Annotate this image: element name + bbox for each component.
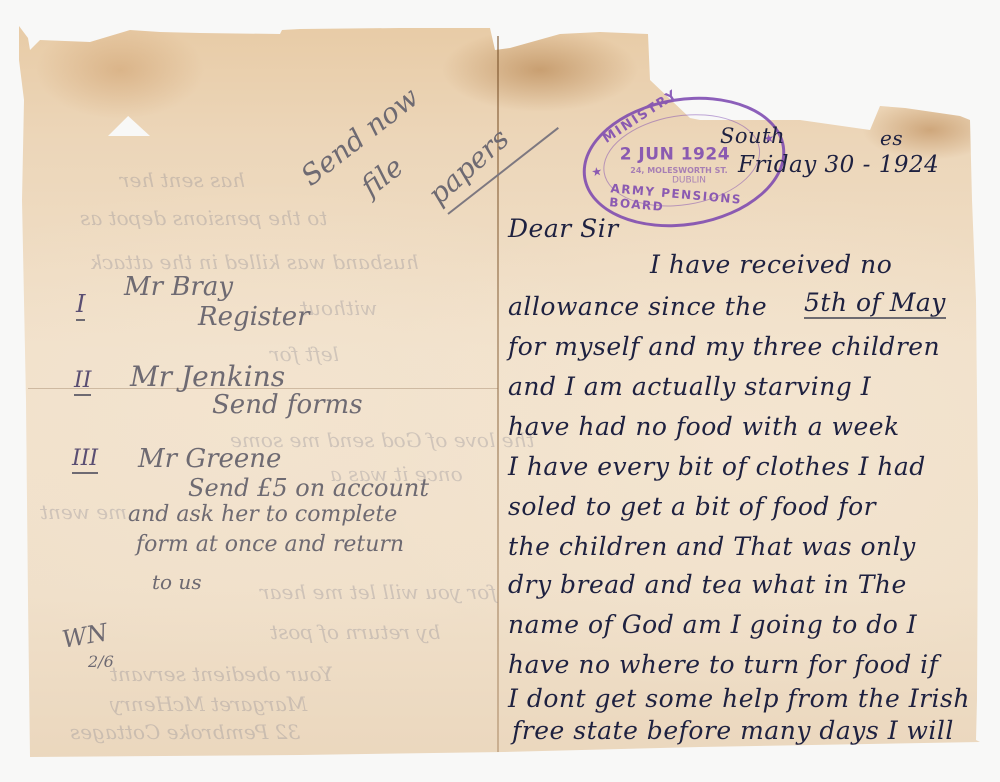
numeral-one: I <box>76 290 85 321</box>
bleed-line: without <box>300 296 377 320</box>
letter-line: dry bread and tea what in The <box>508 570 907 599</box>
bleed-line: me went <box>40 500 127 524</box>
annotation-name-jenkins: Mr Jenkins <box>130 360 285 393</box>
letter-line: soled to get a bit of food for <box>508 492 876 521</box>
bleed-line: has sent her <box>120 168 245 192</box>
bleed-line: husband was killed in the attack <box>90 250 419 274</box>
letter-line: free state before many days I will <box>512 716 954 745</box>
letter-date: Friday 30 - 1924 <box>738 152 939 178</box>
bleed-line: Margaret McHenry <box>110 692 307 716</box>
letter-line: and I am actually starving I <box>508 372 871 401</box>
bleed-line: 32 Pembroke Cottages <box>70 720 300 744</box>
letter-address-partial: South <box>720 124 785 148</box>
numeral-three: III <box>72 446 98 474</box>
annotation-action-line: and ask her to complete <box>128 502 397 527</box>
annotation-action-line: Send £5 on account <box>188 474 429 502</box>
letter-line: allowance since the <box>508 292 767 321</box>
bleed-line: for you will let me hear <box>260 580 497 604</box>
annotation-name-bray: Mr Bray <box>124 272 233 302</box>
letter-line: I have every bit of clothes I had <box>508 452 926 481</box>
letter-line: for myself and my three children <box>508 332 940 361</box>
letter-line-date-reference: 5th of May <box>804 288 946 319</box>
stamp-date: 2 JUN 1924 <box>620 144 730 164</box>
bleed-line: to the pensions depot as <box>80 206 327 230</box>
letter-line: I dont get some help from the Irish <box>508 684 970 713</box>
letter-line: name of God am I going to do I <box>508 610 917 639</box>
numeral-two: II <box>74 368 91 396</box>
letter-line: the children and That was only <box>508 532 916 561</box>
annotation-action-line: form at once and return <box>136 532 404 557</box>
annotation-name-greene: Mr Greene <box>138 444 281 474</box>
letter-salutation: Dear Sir <box>508 214 619 243</box>
annotation-action-send-forms: Send forms <box>212 390 363 420</box>
annotation-action-register: Register <box>198 302 310 332</box>
letter-line: have no where to turn for food if <box>508 650 938 679</box>
stamp-address: 24, MOLESWORTH ST. <box>630 166 727 175</box>
bleed-line: by return of post <box>270 620 441 644</box>
document-scan: has sent her to the pensions depot as hu… <box>0 0 1000 782</box>
star-icon: ★ <box>590 164 603 180</box>
letter-line: I have received no <box>650 250 892 279</box>
bleed-line: Your obedient servant <box>110 662 333 686</box>
annotation-action-line: to us <box>152 570 202 594</box>
stamp-city: DUBLIN <box>672 175 706 185</box>
letter-line: have had no food with a week <box>508 412 900 441</box>
letter-address-fragment: es <box>880 126 903 150</box>
annotation-initials-date: 2/6 <box>88 652 114 671</box>
